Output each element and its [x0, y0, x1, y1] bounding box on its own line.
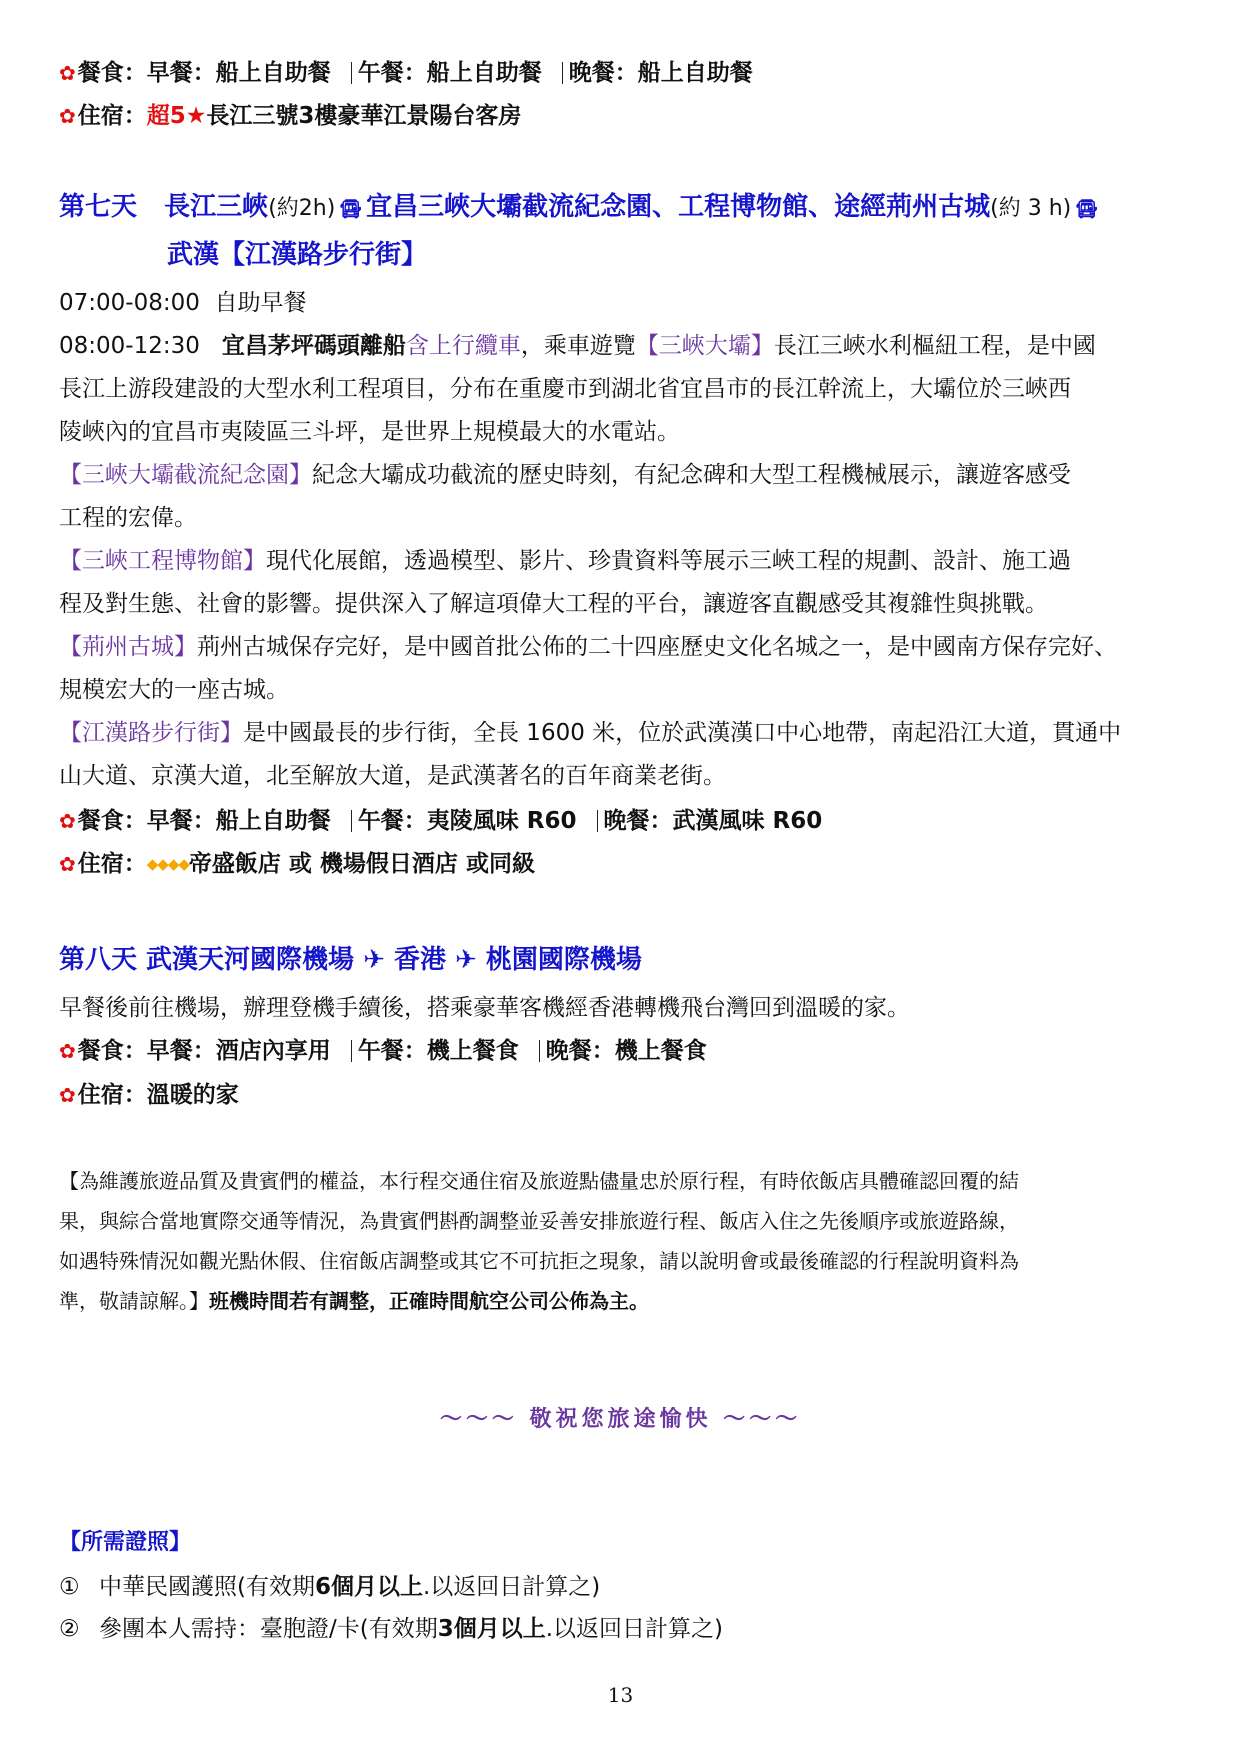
divider — [562, 62, 563, 84]
day8-heading: 第八天 武漢天河國際機場 ✈ 香港 ✈ 桃園國際機場 — [59, 945, 642, 975]
day6-meals: ✿餐食：早餐：船上自助餐午餐：船上自助餐晚餐：船上自助餐 — [59, 58, 753, 88]
day8-lodging: ✿住宿：溫暖的家 — [59, 1080, 239, 1110]
day7-heading-line2: 武漢【江漢路步行街】 — [167, 240, 427, 270]
day7-heading: 第七天 長江三峽(約2h)🚍︎宜昌三峽大壩截流紀念園、工程博物館、途經荊州古城(… — [59, 192, 1102, 225]
notice-line: 【為維護旅遊品質及貴賓們的權益，本行程交通住宿及旅遊點儘量忠於原行程，有時依飯店… — [59, 1166, 1019, 1196]
notice-line: 如遇特殊情況如觀光點休假、住宿飯店調整或其它不可抗拒之現象，請以說明會或最後確認… — [59, 1246, 1019, 1276]
attraction-title: 【江漢路步行街】 — [59, 720, 243, 746]
day7-meals: ✿餐食：早餐：船上自助餐午餐：夷陵風味 R60晚餐：武漢風味 R60 — [59, 806, 822, 836]
divider — [539, 1040, 540, 1062]
lunch: 午餐：船上自助餐 — [358, 60, 542, 86]
attraction-title: 【三峽大壩】 — [636, 333, 774, 359]
paragraph-line: 陵峽內的宜昌市夷陵區三斗坪，是世界上規模最大的水電站。 — [59, 417, 680, 447]
flower-icon: ✿ — [59, 1039, 76, 1063]
breakfast: 早餐：船上自助餐 — [147, 60, 331, 86]
flower-icon: ✿ — [59, 1083, 76, 1107]
notice-line: 果，與綜合當地實際交通等情況，為貴賓們斟酌調整並妥善安排旅遊行程、飯店入住之先後… — [59, 1206, 1019, 1236]
attraction-title: 【三峽工程博物館】 — [59, 548, 266, 574]
paragraph-line: 長江上游段建設的大型水利工程項目，分布在重慶市到湖北省宜昌市的長江幹流上，大壩位… — [59, 374, 1071, 404]
divider — [351, 810, 352, 832]
bus-icon: 🚍︎ — [339, 195, 362, 225]
schedule-item: 07:00-08:00 自助早餐 — [59, 288, 307, 318]
attraction-jingzhou: 【荊州古城】荊州古城保存完好，是中國首批公佈的二十四座歷史文化名城之一，是中國南… — [59, 632, 1117, 662]
flower-icon: ✿ — [59, 809, 76, 833]
star-rating: 超5★ — [147, 103, 207, 129]
divider — [597, 810, 598, 832]
document-item: ②參團本人需持：臺胞證/卡(有效期3個月以上.以返回日計算之) — [59, 1614, 723, 1644]
day8-meals: ✿餐食：早餐：酒店內享用午餐：機上餐食晚餐：機上餐食 — [59, 1036, 707, 1066]
paragraph-line: 工程的宏偉。 — [59, 503, 197, 533]
documents-title: 【所需證照】 — [59, 1528, 191, 1558]
attraction-museum: 【三峽工程博物館】現代化展館，透過模型、影片、珍貴資料等展示三峽工程的規劃、設計… — [59, 546, 1071, 576]
attraction-memorial: 【三峽大壩截流紀念園】紀念大壩成功截流的歷史時刻，有紀念碑和大型工程機械展示，讓… — [59, 460, 1071, 490]
document-item: ①中華民國護照(有效期6個月以上.以返回日計算之) — [59, 1572, 600, 1602]
flower-icon: ✿ — [59, 852, 76, 876]
flower-icon: ✿ — [59, 61, 76, 85]
gem-rating-icon: ◆◆◆◆ — [147, 855, 189, 873]
schedule-item: 08:00-12:30 宜昌茅坪碼頭離船含上行纜車，乘車遊覽【三峽大壩】長江三峽… — [59, 331, 1096, 361]
day6-lodging: ✿住宿：超5★長江三號3樓豪華江景陽台客房 — [59, 101, 521, 131]
divider — [351, 1040, 352, 1062]
paragraph-line: 山大道、京漢大道，北至解放大道，是武漢著名的百年商業老街。 — [59, 761, 726, 791]
bus-icon: 🚍︎ — [1075, 195, 1098, 225]
paragraph-line: 規模宏大的一座古城。 — [59, 675, 289, 705]
attraction-street: 【江漢路步行街】是中國最長的步行街，全長 1600 米，位於武漢漢口中心地帶，南… — [59, 718, 1121, 748]
paragraph-line: 程及對生態、社會的影響。提供深入了解這項偉大工程的平台，讓遊客直觀感受其複雜性與… — [59, 589, 1048, 619]
divider — [351, 62, 352, 84]
closing-message: ～～～ 敬祝您旅途愉快 ～～～ — [0, 1402, 1241, 1433]
day8-description: 早餐後前往機場，辦理登機手續後，搭乘豪華客機經香港轉機飛台灣回到溫暖的家。 — [59, 993, 910, 1023]
attraction-title: 【荊州古城】 — [59, 634, 197, 660]
day7-lodging: ✿住宿：◆◆◆◆帝盛飯店 或 機場假日酒店 或同級 — [59, 849, 535, 879]
flower-icon: ✿ — [59, 104, 76, 128]
dinner: 晚餐：船上自助餐 — [569, 60, 753, 86]
notice-line: 準，敬請諒解。】班機時間若有調整，正確時間航空公司公佈為主。 — [59, 1286, 649, 1316]
attraction-title: 【三峽大壩截流紀念園】 — [59, 462, 312, 488]
page-number: 13 — [0, 1683, 1241, 1707]
day-label: 第七天 — [59, 192, 137, 222]
